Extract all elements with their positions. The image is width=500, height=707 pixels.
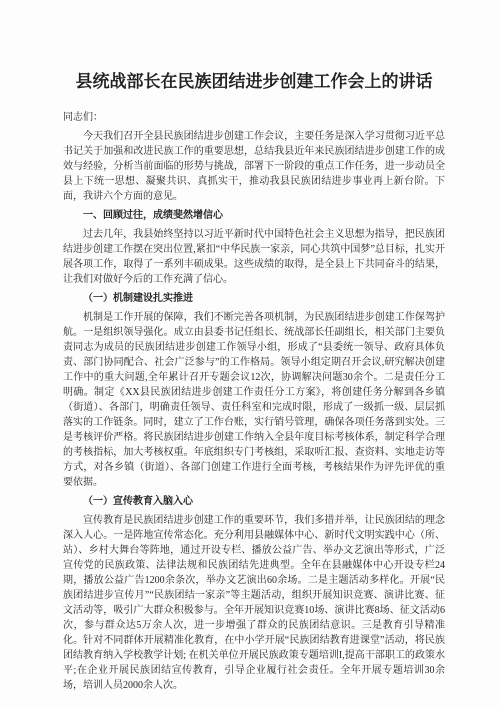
document-page: 县统战部长在民族团结进步创建工作会上的讲话 同志们： 今天我们召开全县民族团结进… xyxy=(0,0,500,707)
section-heading-1: 一、回顾过往，成绩斐然增信心 xyxy=(63,208,445,223)
sub-heading-mechanism: （一）机制建设扎实推进 xyxy=(63,291,445,306)
sub-heading-publicity: （一）宣传教育入脑入心 xyxy=(63,494,445,509)
document-title: 县统战部长在民族团结进步创建工作会上的讲话 xyxy=(63,70,445,94)
paragraph-mechanism: 机制是工作开展的保障，我们不断完善各项机制，为民族团结进步创建工作保驾护航。一是… xyxy=(63,310,445,490)
paragraph-publicity: 宣传教育是民族团结进步创建工作的重要环节，我们多措并举，让民族团结的理念深入人心… xyxy=(63,513,445,693)
paragraph-intro: 今天我们召开全县民族团结进步创建工作会议，主要任务是深入学习贯彻习近平总书记关于… xyxy=(63,129,445,204)
paragraph-review: 过去几年，我县始终坚持以习近平新时代中国特色社会主义思想为指导，把民族团结进步创… xyxy=(63,227,445,287)
salutation: 同志们： xyxy=(63,110,445,125)
